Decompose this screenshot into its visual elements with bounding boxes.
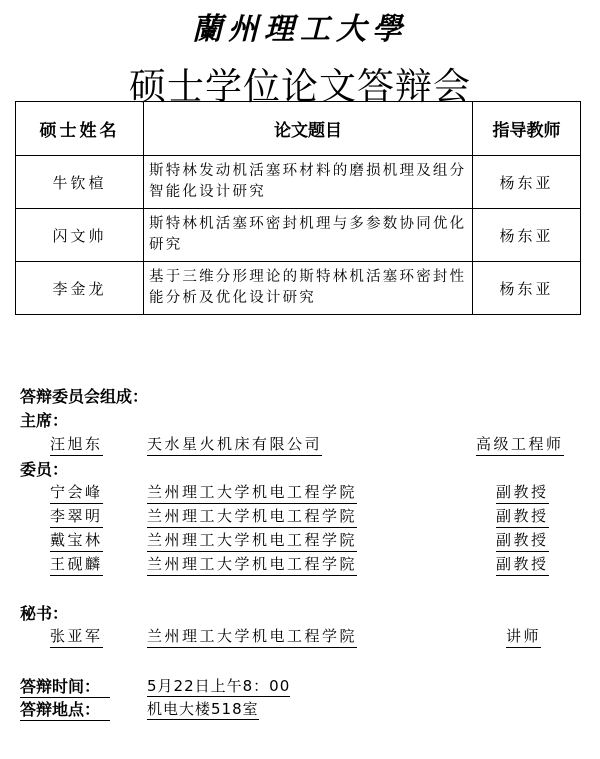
member-name: 戴宝林 [50,529,103,552]
member-title: 高级工程师 [476,433,564,456]
thesis-topic: 斯特林发动机活塞环材料的磨损机理及组分智能化设计研究 [144,161,472,203]
thesis-table: 硕士姓名 论文题目 指导教师 牛钦楦 斯特林发动机活塞环材料的磨损机理及组分智能… [15,101,581,315]
member-name: 王砚麟 [50,553,103,576]
member-org: 兰州理工大学机电工程学院 [147,505,357,528]
chair-label: 主席： [20,408,68,431]
advisor-name: 杨东亚 [473,156,581,209]
member-name: 张亚军 [50,625,103,648]
table-row: 牛钦楦 斯特林发动机活塞环材料的磨损机理及组分智能化设计研究 杨东亚 [16,156,581,209]
table-row: 李金龙 基于三维分形理论的斯特林机活塞环密封性能分析及优化设计研究 杨东亚 [16,262,581,315]
time-label: 答辩时间： [20,674,110,698]
column-header-student: 硕士姓名 [16,102,144,156]
member-org: 兰州理工大学机电工程学院 [147,529,357,552]
time-value: 5月22日上午8：00 [147,675,290,697]
table-header-row: 硕士姓名 论文题目 指导教师 [16,102,581,156]
member-title: 讲师 [506,625,541,648]
table-row: 闪文帅 斯特林机活塞环密封机理与多参数协同优化研究 杨东亚 [16,209,581,262]
member-name: 李翠明 [50,505,103,528]
member-title: 副教授 [496,505,549,528]
advisor-name: 杨东亚 [473,209,581,262]
member-org: 兰州理工大学机电工程学院 [147,553,357,576]
student-name: 闪文帅 [16,209,144,262]
committee-heading: 答辩委员会组成： [20,384,148,407]
members-label: 委员： [20,457,68,480]
place-value: 机电大楼518室 [147,698,259,720]
member-name: 汪旭东 [50,433,103,456]
member-org: 兰州理工大学机电工程学院 [147,625,357,648]
thesis-topic: 基于三维分形理论的斯特林机活塞环密封性能分析及优化设计研究 [144,267,472,309]
secretary-label: 秘书： [20,601,68,624]
member-name: 宁会峰 [50,481,103,504]
member-title: 副教授 [496,529,549,552]
member-org: 天水星火机床有限公司 [147,433,322,456]
thesis-topic: 斯特林机活塞环密封机理与多参数协同优化研究 [144,214,472,256]
university-logo: 蘭州理工大學 [0,4,600,48]
column-header-topic: 论文题目 [144,102,473,156]
member-title: 副教授 [496,481,549,504]
column-header-advisor: 指导教师 [473,102,581,156]
student-name: 牛钦楦 [16,156,144,209]
member-title: 副教授 [496,553,549,576]
member-org: 兰州理工大学机电工程学院 [147,481,357,504]
student-name: 李金龙 [16,262,144,315]
place-label: 答辩地点： [20,697,110,721]
advisor-name: 杨东亚 [473,262,581,315]
